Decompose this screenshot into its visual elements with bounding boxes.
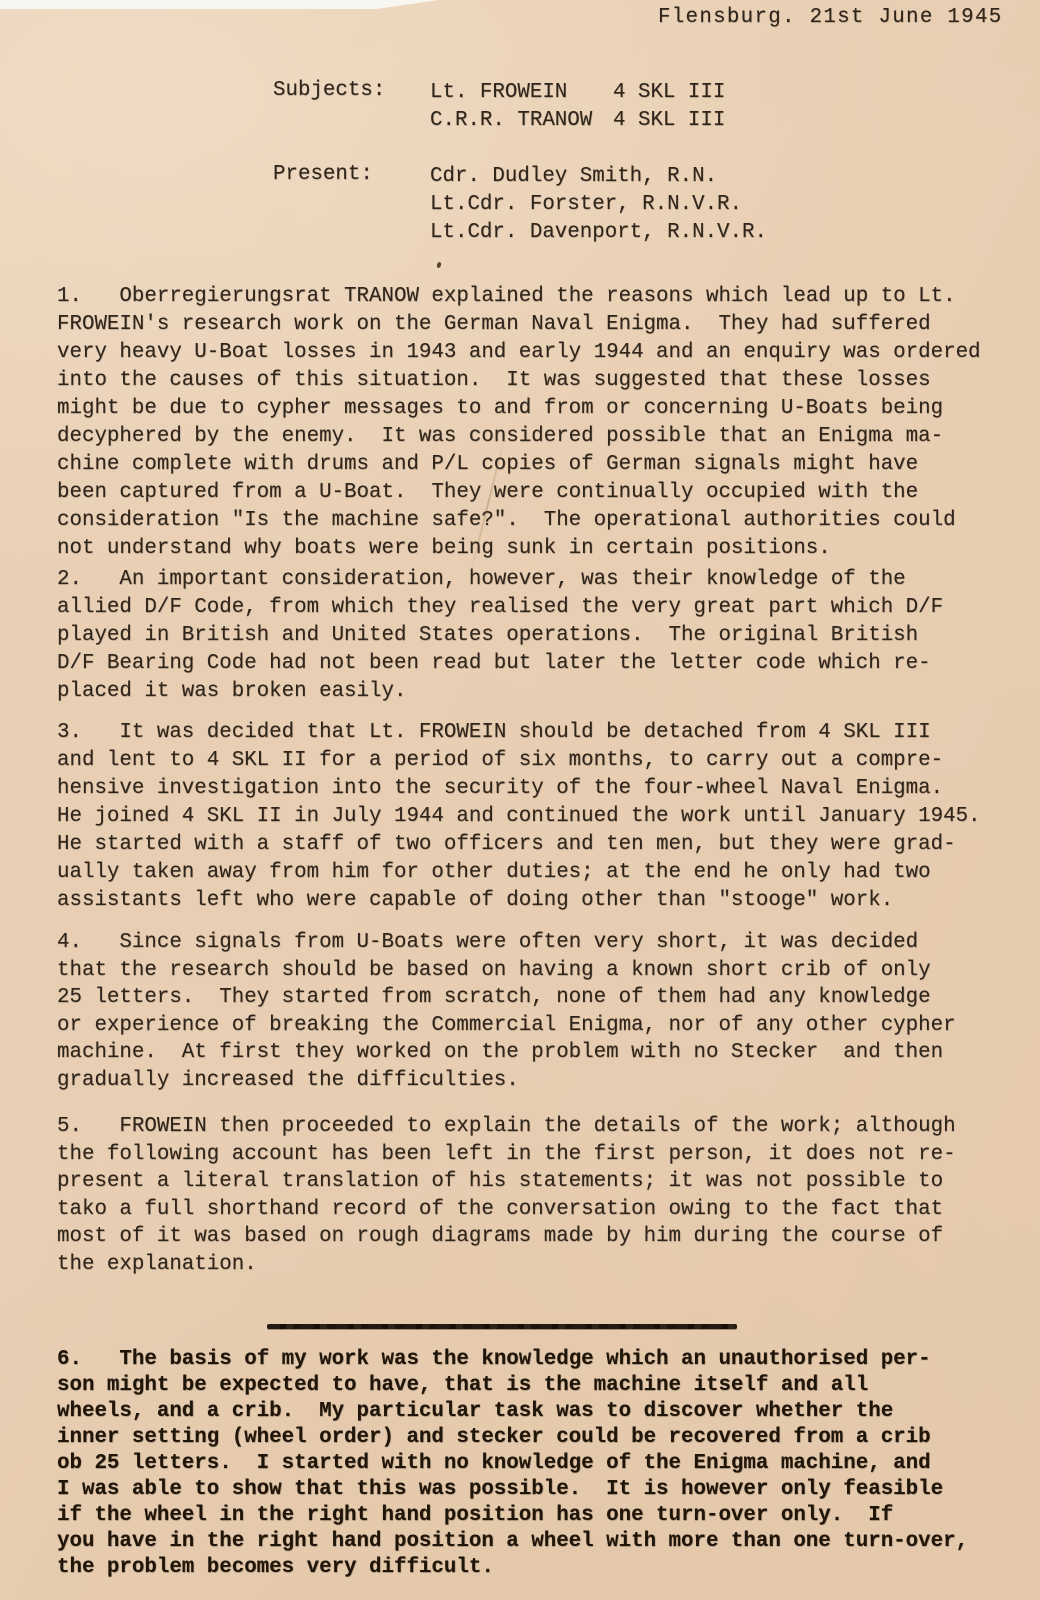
paper-crease: [468, 426, 509, 582]
paragraph-number: 3.: [57, 721, 82, 744]
present-label: Present:: [273, 163, 373, 186]
paragraph-text: It was decided that Lt. FROWEIN should b…: [57, 721, 981, 912]
subject-unit: 4 SKL III: [613, 81, 725, 104]
ink-speck: [436, 261, 442, 268]
document-page: Flensburg. 21st June 1945 Subjects: Lt. …: [0, 0, 1040, 1600]
paper-edge-top: [0, 0, 438, 9]
subject-name: Lt. FROWEIN: [430, 79, 613, 107]
subject-row: Lt. FROWEIN4 SKL III: [430, 79, 725, 107]
paragraph-3: 3. It was decided that Lt. FROWEIN shoul…: [57, 719, 1023, 915]
paragraph-number: 5.: [57, 1115, 82, 1138]
paragraph-6: 6. The basis of my work was the knowledg…: [57, 1347, 1023, 1581]
paragraph-number: 4.: [57, 931, 82, 954]
subject-row: C.R.R. TRANOW4 SKL III: [430, 107, 725, 135]
present-row: Lt.Cdr. Forster, R.N.V.R.: [430, 191, 767, 219]
subject-name: C.R.R. TRANOW: [430, 107, 613, 135]
paragraph-text: FROWEIN then proceeded to explain the de…: [57, 1115, 956, 1276]
paragraph-number: 2.: [57, 568, 82, 591]
section-divider: [267, 1324, 737, 1329]
paragraph-text: An important consideration, however, was…: [57, 568, 943, 703]
paragraph-number: 6.: [57, 1348, 82, 1371]
paragraph-1: 1. Oberregierungsrat TRANOW explained th…: [57, 283, 1023, 563]
subjects-label: Subjects:: [273, 79, 385, 102]
paragraph-4: 4. Since signals from U-Boats were often…: [57, 929, 1023, 1094]
paragraph-text: Since signals from U-Boats were often ve…: [57, 931, 956, 1092]
paragraph-text: The basis of my work was the knowledge w…: [57, 1348, 968, 1579]
present-row: Lt.Cdr. Davenport, R.N.V.R.: [430, 219, 767, 247]
date-line: Flensburg. 21st June 1945: [658, 6, 1003, 29]
paragraph-2: 2. An important consideration, however, …: [57, 566, 1023, 706]
subject-unit: 4 SKL III: [613, 109, 725, 132]
present-list: Cdr. Dudley Smith, R.N.Lt.Cdr. Forster, …: [430, 163, 767, 247]
subjects-list: Lt. FROWEIN4 SKL IIIC.R.R. TRANOW4 SKL I…: [430, 79, 725, 135]
paragraph-number: 1.: [57, 285, 82, 308]
present-row: Cdr. Dudley Smith, R.N.: [430, 163, 767, 191]
paragraph-5: 5. FROWEIN then proceeded to explain the…: [57, 1113, 1023, 1278]
paragraph-text: Oberregierungsrat TRANOW explained the r…: [57, 285, 981, 560]
